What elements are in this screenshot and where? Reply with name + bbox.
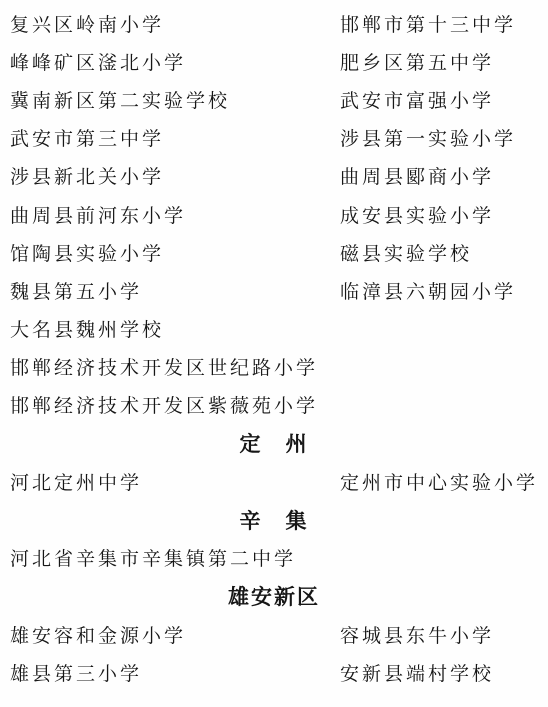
school-row: 邯郸经济技术开发区紫薇苑小学: [0, 386, 548, 424]
section-heading-xinji: 辛 集: [240, 505, 309, 535]
school-name: 安新县端村学校: [340, 659, 548, 686]
school-name: 涉县第一实验小学: [340, 124, 548, 151]
school-row: 大名县魏州学校: [0, 310, 548, 348]
school-name: 肥乡区第五中学: [340, 48, 548, 75]
school-name: 定州市中心实验小学: [340, 468, 548, 495]
school-name: 邯郸经济技术开发区紫薇苑小学: [10, 391, 340, 418]
school-name: 馆陶县实验小学: [10, 239, 340, 266]
school-list-page: 复兴区岭南小学 邯郸市第十三中学 峰峰矿区滏北小学 肥乡区第五中学 冀南新区第二…: [0, 0, 548, 707]
school-row: 馆陶县实验小学 磁县实验学校: [0, 233, 548, 271]
section-heading-row: 雄安新区: [0, 577, 548, 615]
school-row: 曲周县前河东小学 成安县实验小学: [0, 195, 548, 233]
school-row: 河北省辛集市辛集镇第二中学: [0, 539, 548, 577]
school-name: 复兴区岭南小学: [10, 10, 340, 37]
school-row: 武安市第三中学 涉县第一实验小学: [0, 119, 548, 157]
school-name: 冀南新区第二实验学校: [10, 86, 340, 113]
school-row: 复兴区岭南小学 邯郸市第十三中学: [0, 4, 548, 42]
school-name: 成安县实验小学: [340, 201, 548, 228]
school-name: 邯郸市第十三中学: [340, 10, 548, 37]
school-name: 武安市第三中学: [10, 124, 340, 151]
school-name: 曲周县郾商小学: [340, 162, 548, 189]
school-name: 涉县新北关小学: [10, 162, 340, 189]
section-heading-row: 辛 集: [0, 500, 548, 538]
school-row: 峰峰矿区滏北小学 肥乡区第五中学: [0, 42, 548, 80]
school-name: 雄县第三小学: [10, 659, 340, 686]
school-row: 雄安容和金源小学 容城县东牛小学: [0, 615, 548, 653]
school-name: 武安市富强小学: [340, 86, 548, 113]
school-row: 涉县新北关小学 曲周县郾商小学: [0, 157, 548, 195]
school-row: 雄县第三小学 安新县端村学校: [0, 653, 548, 691]
school-name: 磁县实验学校: [340, 239, 548, 266]
section-heading-row: 定 州: [0, 424, 548, 462]
school-row: 邯郸经济技术开发区世纪路小学: [0, 348, 548, 386]
school-name: 雄安容和金源小学: [10, 621, 340, 648]
school-row: 魏县第五小学 临漳县六朝园小学: [0, 271, 548, 309]
school-name: 魏县第五小学: [10, 277, 340, 304]
school-name: 大名县魏州学校: [10, 315, 340, 342]
school-name: 河北定州中学: [10, 468, 340, 495]
section-heading-xiongan: 雄安新区: [228, 581, 320, 611]
school-name: 临漳县六朝园小学: [340, 277, 548, 304]
school-row: 冀南新区第二实验学校 武安市富强小学: [0, 80, 548, 118]
school-name: 河北省辛集市辛集镇第二中学: [10, 544, 340, 571]
section-heading-dingzhou: 定 州: [240, 428, 309, 458]
school-name: 曲周县前河东小学: [10, 201, 340, 228]
school-row: 河北定州中学 定州市中心实验小学: [0, 462, 548, 500]
school-name: 容城县东牛小学: [340, 621, 548, 648]
school-name: 峰峰矿区滏北小学: [10, 48, 340, 75]
school-name: 邯郸经济技术开发区世纪路小学: [10, 353, 340, 380]
